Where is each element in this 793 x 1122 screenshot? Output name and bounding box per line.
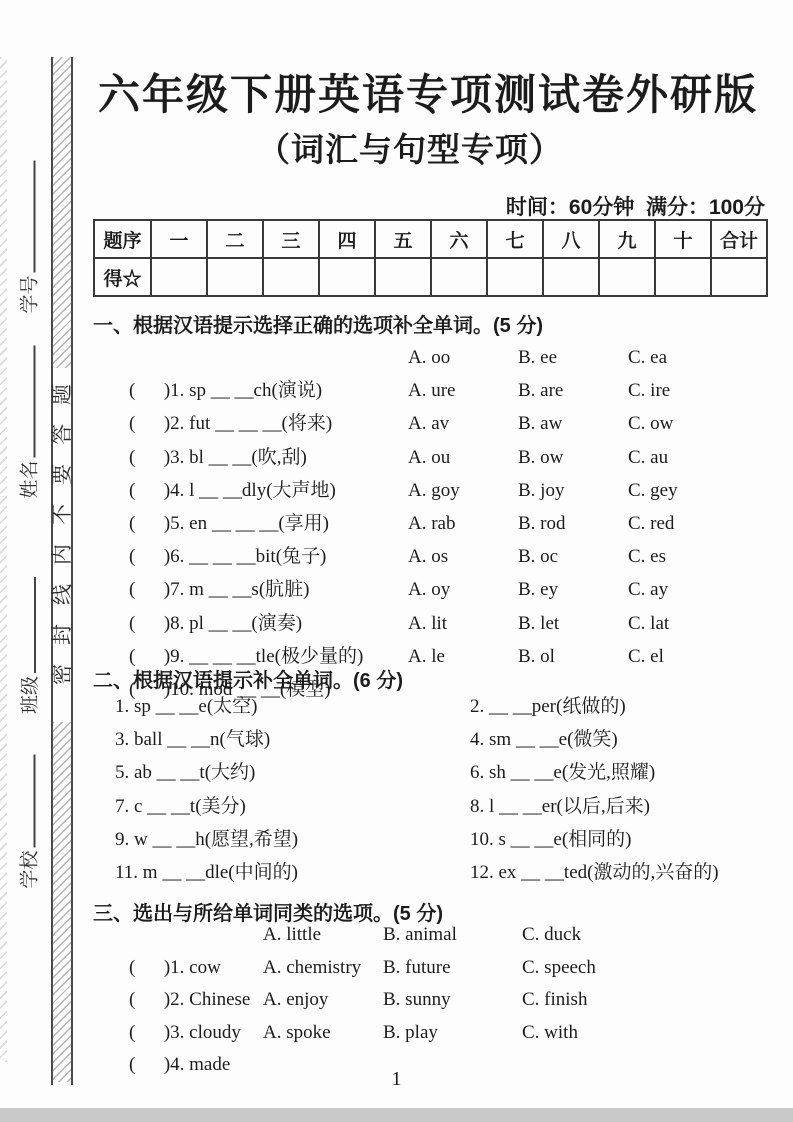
option-c: C. red (628, 507, 674, 540)
score-table: 题序一二三四五六七八九十合计 得☆ (93, 219, 768, 297)
section-1-rows: ( )1. sp __ __ch(演说) A. oo B. ee C. ea (… (110, 341, 775, 673)
section-3-rows: ( )1. cow A. little B. animal C. duck ( … (110, 919, 775, 1049)
option-a: A. chemistry (263, 952, 361, 985)
seal-label-student-no: 学号 (19, 159, 43, 314)
option-b: B. ee (518, 341, 557, 374)
question-row: ( )4. made A. spoke B. play C. with (110, 1017, 775, 1050)
fill-in-item: 3. ball __ __n(气球) (115, 723, 470, 756)
score-row-label: 得☆ (94, 258, 151, 296)
score-table-header-cell: 五 (375, 220, 431, 258)
scan-edge-artifact (0, 57, 7, 1062)
option-b: B. are (518, 374, 563, 407)
exam-paper-page: 题答要不内线封密 学号 姓名 班级 学校 六年级下册英语专项测试卷外研版 （词汇… (0, 0, 793, 1122)
seal-char: 封 (52, 624, 73, 645)
fill-in-line (20, 345, 36, 457)
fill-in-item: 6. sh __ __e(发光,照耀) (470, 756, 760, 789)
option-a: A. ou (408, 441, 450, 474)
option-b: B. ow (518, 441, 563, 474)
score-cell-empty (319, 258, 375, 296)
fill-in-item: 11. m __ __dle(中间的) (115, 856, 470, 889)
seal-char: 密 (52, 664, 73, 685)
option-c: C. duck (522, 919, 581, 952)
scan-bottom-band (0, 1108, 793, 1122)
score-cell-empty (151, 258, 207, 296)
seal-label-text: 学号 (19, 275, 43, 313)
question-row: ( )9. __ __ __tle(极少量的) A. lit B. let C.… (110, 607, 775, 640)
score-table-header-cell: 三 (263, 220, 319, 258)
question-row: ( )4. l __ __dly(大声地) A. ou B. ow C. au (110, 441, 775, 474)
option-c: C. ea (628, 341, 667, 374)
seal-label-text: 班级 (19, 676, 43, 714)
option-c: C. ire (628, 374, 670, 407)
option-b: B. play (383, 1017, 438, 1050)
option-c: C. ow (628, 407, 673, 440)
question-row: ( )5. en __ __ __(享用) A. goy B. joy C. g… (110, 474, 775, 507)
option-a: A. lit (408, 607, 447, 640)
question-row: ( )2. fut __ __ __(将来) A. ure B. are C. … (110, 374, 775, 407)
fill-in-item: 12. ex __ __ted(激动的,兴奋的) (470, 856, 760, 889)
option-a: A. le (408, 640, 445, 673)
option-b: B. let (518, 607, 559, 640)
page-title: 六年级下册英语专项测试卷外研版 (88, 62, 768, 122)
seal-char: 线 (52, 584, 73, 605)
option-a: A. rab (408, 507, 455, 540)
score-table-value-row: 得☆ (94, 258, 767, 296)
option-b: B. animal (383, 919, 457, 952)
fill-in-item: 8. l __ __er(以后,后来) (470, 790, 760, 823)
score-table-header-cell: 合计 (711, 220, 767, 258)
fill-in-item: 5. ab __ __t(大约) (115, 756, 470, 789)
option-b: B. ey (518, 573, 558, 606)
option-b: B. ol (518, 640, 555, 673)
section-2-items: 1. sp __ __e(太空)2. __ __per(纸做的)3. ball … (115, 690, 760, 889)
option-b: B. rod (518, 507, 566, 540)
option-c: C. speech (522, 952, 596, 985)
seal-label-class: 班级 (19, 574, 43, 714)
score-cell-empty (487, 258, 543, 296)
score-table-header-cell: 四 (319, 220, 375, 258)
score-cell-empty (431, 258, 487, 296)
seal-label-text: 学校 (19, 850, 43, 888)
fill-in-item: 7. c __ __t(美分) (115, 790, 470, 823)
option-a: A. os (408, 540, 448, 573)
score-cell-empty (711, 258, 767, 296)
score-table-header-cell: 十 (655, 220, 711, 258)
fill-in-line (20, 754, 36, 847)
score-cell-empty (207, 258, 263, 296)
option-c: C. gey (628, 474, 678, 507)
seal-hatch-top (53, 57, 71, 368)
seal-band-text: 题答要不内线封密 (53, 384, 71, 685)
score-table-header-cell: 九 (599, 220, 655, 258)
seal-char: 题 (52, 384, 73, 405)
score-table-header-cell: 六 (431, 220, 487, 258)
option-c: C. au (628, 441, 668, 474)
fill-in-line (20, 160, 36, 272)
score-cell-empty (375, 258, 431, 296)
option-c: C. es (628, 540, 666, 573)
seal-char: 答 (52, 424, 73, 445)
fill-in-line (20, 577, 36, 673)
seal-label-school: 学校 (19, 752, 43, 889)
question-row: ( )6. __ __ __bit(兔子) A. rab B. rod C. r… (110, 507, 775, 540)
fill-in-item: 10. s __ __e(相同的) (470, 823, 760, 856)
seal-label-text: 姓名 (19, 460, 43, 498)
score-table-header-cell: 七 (487, 220, 543, 258)
option-a: A. spoke (263, 1017, 331, 1050)
score-cell-empty (655, 258, 711, 296)
score-table-header-row: 题序一二三四五六七八九十合计 (94, 220, 767, 258)
score-cell-empty (543, 258, 599, 296)
seal-line-band: 题答要不内线封密 (51, 57, 73, 1085)
option-c: C. el (628, 640, 664, 673)
fill-in-item: 4. sm __ __e(微笑) (470, 723, 760, 756)
question-row: ( )1. cow A. little B. animal C. duck (110, 919, 775, 952)
score-table-header-cell: 二 (207, 220, 263, 258)
option-a: A. av (408, 407, 449, 440)
question-row: ( )1. sp __ __ch(演说) A. oo B. ee C. ea (110, 341, 775, 374)
score-cell-empty (263, 258, 319, 296)
seal-char: 要 (52, 464, 73, 485)
option-b: B. joy (518, 474, 564, 507)
question-row: ( )8. pl __ __(演奏) A. oy B. ey C. ay (110, 573, 775, 606)
option-c: C. with (522, 1017, 578, 1050)
fill-in-item: 9. w __ __h(愿望,希望) (115, 823, 470, 856)
option-b: B. oc (518, 540, 558, 573)
score-table-header-cell: 一 (151, 220, 207, 258)
option-b: B. sunny (383, 984, 451, 1017)
seal-label-name: 姓名 (19, 344, 43, 499)
option-b: B. aw (518, 407, 562, 440)
section-1-heading: 一、根据汉语提示选择正确的选项补全单词。(5 分) (93, 309, 543, 338)
option-a: A. little (263, 919, 321, 952)
option-c: C. finish (522, 984, 587, 1017)
question-row: ( )3. cloudy A. enjoy B. sunny C. finish (110, 984, 775, 1017)
option-c: C. ay (628, 573, 668, 606)
option-c: C. lat (628, 607, 669, 640)
option-a: A. ure (408, 374, 455, 407)
option-a: A. oy (408, 573, 450, 606)
option-a: A. enjoy (263, 984, 328, 1017)
seal-char: 内 (52, 544, 73, 565)
question-row: ( )7. m __ __s(肮脏) A. os B. oc C. es (110, 540, 775, 573)
score-table-header-cell: 题序 (94, 220, 151, 258)
exam-meta: 时间：60分钟 满分：100分 (506, 191, 765, 221)
fill-in-item: 2. __ __per(纸做的) (470, 690, 760, 723)
score-table-header-cell: 八 (543, 220, 599, 258)
option-a: A. oo (408, 341, 450, 374)
seal-char: 不 (52, 504, 73, 525)
seal-hatch-bottom (53, 722, 71, 1082)
question-row: ( )3. bl __ __(吹,刮) A. av B. aw C. ow (110, 407, 775, 440)
fill-in-item: 1. sp __ __e(太空) (115, 690, 470, 723)
score-cell-empty (599, 258, 655, 296)
question-row: ( )2. Chinese A. chemistry B. future C. … (110, 952, 775, 985)
page-number: 1 (0, 1068, 793, 1091)
section-2-heading: 二、根据汉语提示补全单词。(6 分) (93, 664, 403, 693)
option-a: A. goy (408, 474, 460, 507)
page-subtitle: （词汇与句型专项） (80, 124, 740, 171)
option-b: B. future (383, 952, 451, 985)
